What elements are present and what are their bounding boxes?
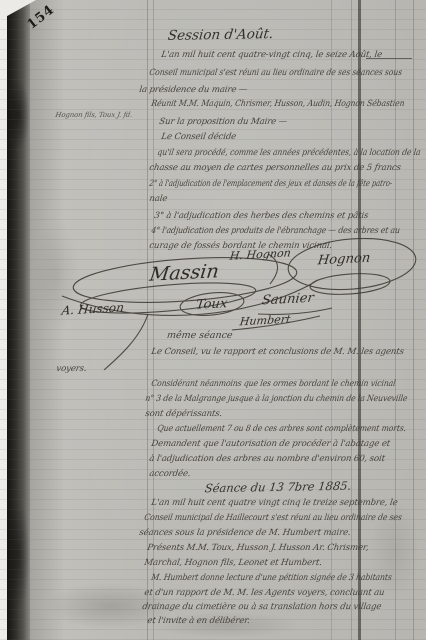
- signature-hognon: Hognon: [317, 251, 371, 269]
- manuscript-line: 3° à l'adjudication des herbes des chemi…: [154, 211, 369, 221]
- manuscript-line: n° 3 de la Malgrange jusque à la jonctio…: [145, 394, 408, 404]
- manuscript-line: Sur la proposition du Maire —: [159, 117, 288, 127]
- session-september-heading: Séance du 13 7bre 1885.: [204, 479, 352, 496]
- manuscript-line: accordée.: [149, 469, 191, 479]
- manuscript-line: et l'invite à en délibérer.: [147, 616, 251, 626]
- manuscript-line: Présents M.M. Toux, Husson J. Husson Ar.…: [147, 543, 370, 553]
- binding-shadow: [7, 80, 30, 150]
- manuscript-line: drainage du cimetière ou à sa translatio…: [142, 602, 382, 612]
- manuscript-line: chasse au moyen de cartes personnelles a…: [149, 163, 402, 173]
- manuscript-line: Le Conseil, vu le rapport et conclusions…: [151, 347, 405, 357]
- manuscript-line: la présidence du maire —: [139, 85, 248, 95]
- manuscript-line: 4° l'adjudication des produits de l'ébra…: [151, 226, 401, 236]
- manuscript-line: Considérant néanmoins que les ormes bord…: [151, 379, 397, 389]
- scanned-register-page: 154 Session d'Août. L'an mil huit cent q…: [0, 0, 426, 640]
- signature-toux: Toux: [195, 296, 228, 313]
- manuscript-line: Le Conseil décide: [161, 132, 237, 142]
- manuscript-line: L'an mil huit cent quatre vingt cinq le …: [151, 498, 399, 508]
- interline-note: Hognon fils, Toux J. fd.: [55, 111, 133, 119]
- manuscript-line: Marchal, Hognon fils, Leonet et Humbert.: [144, 558, 323, 568]
- manuscript-line: à l'adjudication des arbres au nombre d'…: [149, 454, 386, 464]
- manuscript-line: qu'il sera procédé, comme les années pré…: [157, 148, 422, 158]
- manuscript-line: M. Humbert donne lecture d'une pétition …: [151, 573, 393, 583]
- husson-descender: [104, 314, 148, 370]
- session-august-heading: Session d'Août.: [167, 26, 274, 44]
- manuscript-line: Que actuellement 7 ou 8 de ces arbres so…: [157, 424, 407, 434]
- manuscript-line: Conseil municipal de Haillecourt s'est r…: [144, 513, 403, 523]
- manuscript-line: nale: [149, 194, 168, 204]
- signature-humbert: Humbert: [239, 313, 291, 329]
- manuscript-line: L'an mil huit cent quatre-vingt cinq, le…: [161, 50, 383, 60]
- binding-shadow: [7, 500, 30, 610]
- signature-saunier: Saunier: [261, 291, 315, 309]
- manuscript-line: Demandent que l'autorisation de procéder…: [151, 439, 391, 449]
- manuscript-line: Conseil municipal s'est réuni au lieu or…: [149, 68, 403, 78]
- manuscript-line: et d'un rapport de M. M. les Agents voye…: [144, 588, 385, 598]
- signature-massin: Massin: [148, 260, 220, 286]
- hognon-flourish-loop: [309, 271, 390, 297]
- same-session-subheading: même séance: [166, 330, 233, 341]
- manuscript-line: Réunit M.M. Maquin, Chrismer, Husson, Au…: [151, 99, 405, 109]
- manuscript-line: 2° à l'adjudication de l'emplacement des…: [149, 179, 393, 189]
- manuscript-line: voyers.: [56, 364, 88, 374]
- manuscript-line: sont dépérissants.: [145, 409, 223, 419]
- manuscript-line: séances sous la présidence de M. Humbert…: [139, 528, 352, 538]
